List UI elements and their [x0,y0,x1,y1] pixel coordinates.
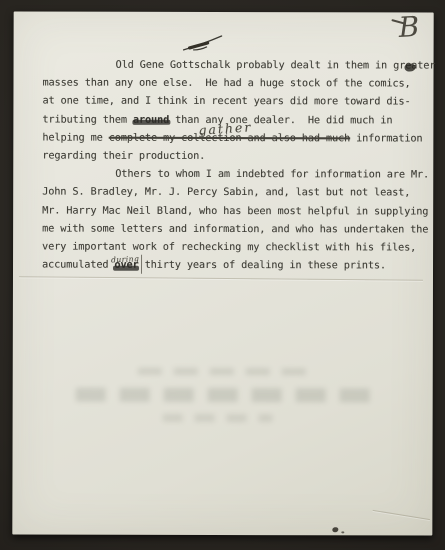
struck-text: overduring [114,260,138,271]
typed-text-segment: ea [405,60,417,71]
typed-text-segment: Old Gene Gottschalk probably dealt in th… [116,60,406,72]
paragraph: Old Gene Gottschalk probably dealt in th… [42,57,434,167]
bleedthrough-line [163,414,273,422]
typed-line: John S. Bradley, Mr. J. Percy Sabin, and… [42,184,434,203]
typed-text-segment: John S. Bradley, Mr. J. Percy Sabin, and… [42,187,410,199]
handwritten-insertion: during [111,250,140,270]
typed-text-segment: very important work of rechecking my che… [42,241,416,253]
scan-background: { "page": { "corner_label": "B", "marks"… [0,0,445,550]
typed-text-segment: me with some letters and information, an… [42,223,428,235]
ink-bleedthrough [68,352,378,435]
typed-text-segment: Others to whom I am indebted for informa… [115,169,429,181]
typed-text-segment: regarding their production. [42,150,205,161]
typed-text-segment: Mr. Harry Mac Neil Bland, who has been m… [42,205,428,217]
typed-text-segment: ter [417,61,435,72]
typed-text-segment: information [350,133,422,144]
paper-crease [373,510,430,520]
crossed-out-mark [182,34,224,54]
typed-line: masses than any one else. He had a huge … [42,75,434,94]
bleedthrough-line [138,368,308,375]
struck-text: around [133,114,169,125]
bleedthrough-line [76,388,371,403]
typed-text-segment: helping me [42,132,108,143]
typed-line: very important work of rechecking my che… [42,238,434,257]
typed-line: helping me complete my collection and al… [42,129,434,148]
typed-line: at one time, and I think in recent years… [42,93,434,112]
typed-line: Others to whom I am indebted for informa… [42,166,434,185]
paper-crease [19,276,423,281]
struck-text: complete my collection and also had much… [109,132,350,144]
typed-line: accumulated overduring thirty years of d… [42,257,434,276]
typed-text-segment: masses than any one else. He had a huge … [42,78,410,90]
typed-text-block: Old Gene Gottschalk probably dealt in th… [42,57,435,276]
handwritten-insertion: gather [198,118,253,140]
typed-line: regarding their production. [42,147,434,166]
typed-text-segment: thirty years of dealing in these prints. [139,260,386,272]
typed-line: Old Gene Gottschalk probably dealt in th… [43,57,435,76]
typed-text-segment: tributing them [42,114,133,125]
ink-speck [332,527,338,532]
typed-line: me with some letters and information, an… [42,220,434,239]
handwritten-page-label: B [398,13,420,42]
paragraph: Others to whom I am indebted for informa… [42,166,434,276]
ink-speck [341,531,344,533]
typed-text-segment: at one time, and I think in recent years… [42,96,410,108]
typed-line: Mr. Harry Mac Neil Bland, who has been m… [42,202,434,221]
document-page: B Old Gene Gottschalk probably dealt in … [12,11,433,535]
typed-text-segment: accumulated [42,260,114,271]
